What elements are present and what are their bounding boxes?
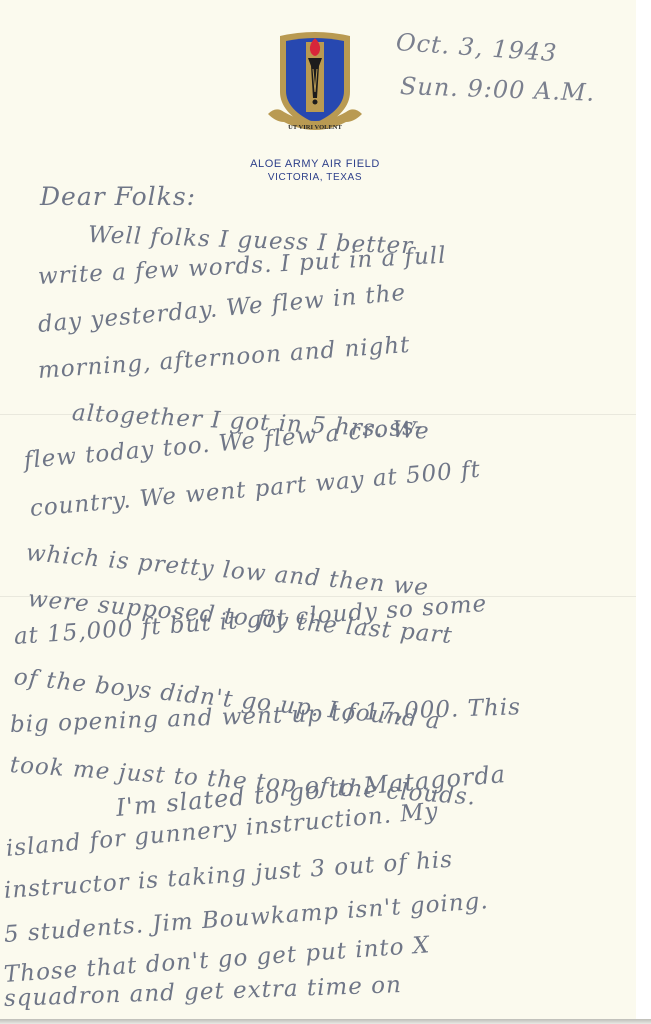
page-bottom-edge [0,1019,651,1024]
letterhead: ALOE ARMY AIR FIELD VICTORIA, TEXAS [215,158,415,184]
crest-icon: UT VIRI VOLENT [266,30,364,138]
salutation: Dear Folks: [40,182,196,211]
page-edge [636,0,651,1024]
letterhead-organization: ALOE ARMY AIR FIELD [215,158,415,171]
letterhead-location: VICTORIA, TEXAS [215,171,415,184]
crest-motto: UT VIRI VOLENT [288,124,342,131]
